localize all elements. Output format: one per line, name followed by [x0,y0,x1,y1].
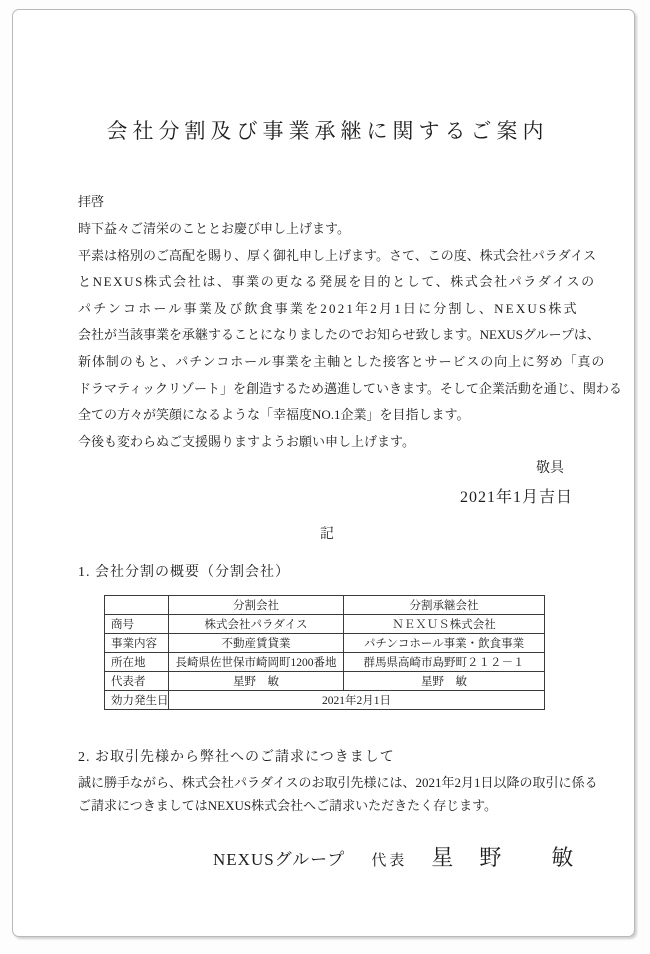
body-line: 全ての方々が笑顔になるような「幸福度NO.1企業」を目指します。 [78,402,577,429]
salutation: 拝啓 [78,192,577,212]
signature-group-name: NEXUSグループ [213,845,345,870]
company-split-table: 分割会社 分割承継会社 商号 株式会社パラダイス ＮＥＸＵＳ株式会社 事業内容 … [104,595,545,710]
section2-line: ご請求につきましてはNEXUS株式会社へご請求いただきたく存じます。 [78,795,577,817]
section2-line: 誠に勝手ながら、株式会社パラダイスのお取引先様には、2021年2月1日以降の取引… [78,772,577,794]
record-mark: 記 [78,525,577,545]
body-line: 今後も変わらぬご支援賜りますようお願い申し上げます。 [78,429,577,456]
header-cell-split-company: 分割会社 [169,596,344,615]
table-row-trade-name: 商号 株式会社パラダイス ＮＥＸＵＳ株式会社 [105,615,545,634]
row-label: 商号 [105,615,169,634]
body-line: ドラマティックリゾート」を創造するため邁進していきます。そして企業活動を通じ、関… [78,376,577,403]
signature-line: NEXUSグループ 代表 星 野 敏 [213,841,577,872]
row-label: 事業内容 [105,634,169,653]
row-label: 代表者 [105,672,169,691]
cell-split-value: 不動産賃貸業 [169,634,344,653]
body-line: パチンコホール事業及び飲食事業を2021年2月1日に分割し、NEXUS株式 [78,296,577,323]
cell-successor-value: ＮＥＸＵＳ株式会社 [344,615,545,634]
body-line: 会社が当該事業を承継することになりましたのでお知らせ致します。NEXUSグループ… [78,322,577,349]
section2-heading: 2. お取引先様から弊社へのご請求につきまして [78,748,577,768]
document-date: 2021年1月吉日 [78,487,577,509]
table-header-row: 分割会社 分割承継会社 [105,596,545,615]
row-label: 効力発生日 [105,691,169,710]
cell-effective-date-value: 2021年2月1日 [169,691,545,710]
cell-successor-value: パチンコホール事業・飲食事業 [344,634,545,653]
header-cell-empty [105,596,169,615]
cell-split-value: 星野 敏 [169,672,344,691]
body-line: 平素は格別のご高配を賜り、厚く御礼申し上げます。さて、この度、株式会社パラダイス [78,243,577,270]
row-label: 所在地 [105,653,169,672]
signature-role: 代表 [371,849,407,870]
table-row-representative: 代表者 星野 敏 星野 敏 [105,672,545,691]
cell-split-value: 長崎県佐世保市崎岡町1200番地 [169,653,344,672]
body-line: 新体制のもと、パチンコホール事業を主軸とした接客とサービスの向上に努め「真の [78,349,577,376]
cell-successor-value: 群馬県高崎市島野町２１２－１ [344,653,545,672]
signature-person-name: 星 野 敏 [431,841,575,872]
table-row-effective-date: 効力発生日 2021年2月1日 [105,691,545,710]
document-page: 会社分割及び事業承継に関するご案内 拝啓 時下益々ご清栄のこととお慶び申し上げま… [12,9,635,937]
body-line: 時下益々ご清栄のこととお慶び申し上げます。 [78,216,577,243]
section1-heading: 1. 会社分割の概要（分割会社） [78,563,577,583]
cell-successor-value: 星野 敏 [344,672,545,691]
table-row-address: 所在地 長崎県佐世保市崎岡町1200番地 群馬県高崎市島野町２１２－１ [105,653,545,672]
section2-paragraph: 誠に勝手ながら、株式会社パラダイスのお取引先様には、2021年2月1日以降の取引… [78,772,577,817]
document-title: 会社分割及び事業承継に関するご案内 [78,116,577,146]
cell-split-value: 株式会社パラダイス [169,615,344,634]
header-cell-successor-company: 分割承継会社 [344,596,545,615]
body-paragraph: 時下益々ご清栄のこととお慶び申し上げます。 平素は格別のご高配を賜り、厚く御礼申… [78,216,577,455]
table-row-business: 事業内容 不動産賃貸業 パチンコホール事業・飲食事業 [105,634,545,653]
closing-word: 敬具 [78,459,577,479]
body-line: とNEXUS株式会社は、事業の更なる発展を目的として、株式会社パラダイスの [78,269,577,296]
